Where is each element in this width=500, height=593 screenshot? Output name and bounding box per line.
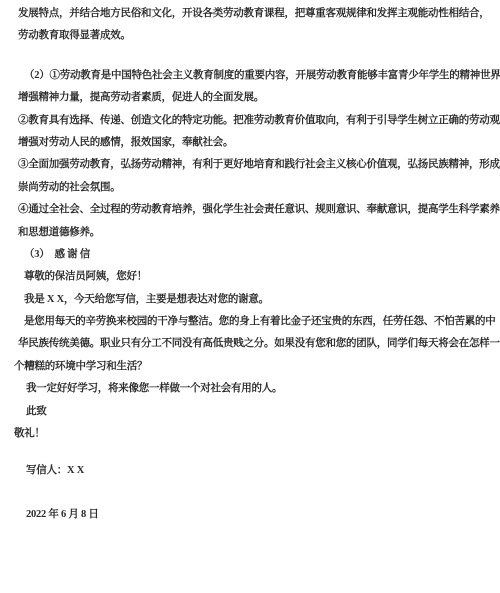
answer-2-line: （2）①劳动教育是中国特色社会主义教育制度的重要内容，开展劳动教育能够丰富青少年… [18, 65, 490, 87]
letter-body-line: 华民族传统美德。职业只有分工不同没有高低贵贱之分。如果没有您和您的团队，同学们每… [18, 333, 490, 355]
letter-salutation: 尊敬的保洁员阿姨，您好！ [18, 266, 490, 288]
letter-salute: 敬礼！ [14, 423, 490, 445]
letter-signature: 写信人：X X [18, 460, 490, 482]
letter-title: （3） 感 谢 信 [18, 244, 490, 266]
document-page: 发展特点，并结合地方民俗和文化，开设各类劳动教育课程，把尊重客观规律和发挥主观能… [0, 0, 500, 593]
letter-body-line: 是您用每天的辛劳换来校园的干净与整洁。您的身上有着比金子还宝贵的东西，任劳任怨、… [18, 311, 490, 333]
answer-2-line: 增强对劳动人民的感情，报效国家，奉献社会。 [18, 132, 490, 154]
paragraph-gap [18, 48, 490, 65]
letter-date: 2022 年 6 月 8 日 [18, 504, 490, 526]
answer-2-line: ④通过全社会、全过程的劳动教育培养，强化学生社会责任意识、规则意识、奉献意识，提… [18, 199, 490, 221]
signature-gap [18, 445, 490, 460]
answer-2-line: ②教育具有选择、传递、创造文化的特定功能。把准劳动教育价值取向，有利于引导学生树… [18, 110, 490, 132]
answer-2-line: 和思想道德修养。 [18, 222, 490, 244]
date-gap [18, 483, 490, 504]
answer-continuation-line: 劳动教育取得显著成效。 [18, 25, 490, 47]
letter-closing: 此致 [18, 401, 490, 423]
answer-2-line: 增强精神力量，提高劳动者素质，促进人的全面发展。 [18, 87, 490, 109]
letter-body-line: 我一定好好学习，将来像您一样做一个对社会有用的人。 [18, 378, 490, 400]
answer-continuation-line: 发展特点，并结合地方民俗和文化，开设各类劳动教育课程，把尊重客观规律和发挥主观能… [18, 3, 490, 25]
answer-2-line: ③全面加强劳动教育，弘扬劳动精神，有利于更好地培育和践行社会主义核心价值观，弘扬… [18, 154, 490, 176]
letter-body-line: 个糟糕的环境中学习和生活？ [14, 356, 490, 378]
answer-2-line: 崇尚劳动的社会氛围。 [18, 177, 490, 199]
letter-body-line: 我是 X X，今天给您写信，主要是想表达对您的谢意。 [18, 289, 490, 311]
